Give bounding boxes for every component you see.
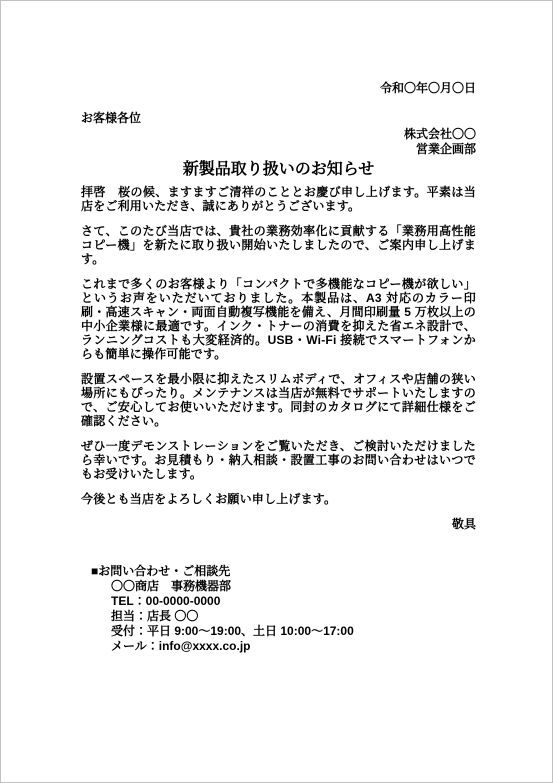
- contact-line-shop-name: 〇〇商店 事務機器部: [111, 579, 476, 594]
- contact-line-person-in-charge: 担当：店長 〇〇: [111, 609, 476, 624]
- body-paragraph-product-features: これまで多くのお客様より「コンパクトで多機能なコピー機が欲しい」というお声をいた…: [81, 277, 476, 361]
- sender-company: 株式会社〇〇: [81, 127, 476, 142]
- body-paragraph-regards: 今後とも当店をよろしくお願い申し上げます。: [81, 492, 476, 506]
- letter-page: 令和〇年〇月〇日 お客様各位 株式会社〇〇 営業企画部 新製品取り扱いのお知らせ…: [0, 0, 553, 783]
- letter-recipient: お客様各位: [81, 111, 476, 125]
- contact-line-email: メール：info@xxxx.co.jp: [111, 639, 476, 654]
- body-paragraph-invitation: ぜひ一度デモンストレーションをご覧いただき、ご検討いただけましたら幸いです。お見…: [81, 439, 476, 481]
- body-paragraph-support: 設置スペースを最小限に抑えたスリムボディで、オフィスや店舗の狭い場所にもぴったり…: [81, 372, 476, 428]
- closing-keigu: 敬具: [81, 517, 476, 531]
- letter-title: 新製品取り扱いのお知らせ: [81, 160, 476, 179]
- body-paragraph-greeting: 拝啓 桜の候、ますますご清祥のこととお慶び申し上げます。平素は当店をご利用いただ…: [81, 185, 476, 213]
- letter-date: 令和〇年〇月〇日: [81, 81, 476, 95]
- contact-section: ■お問い合わせ・ご相談先 〇〇商店 事務機器部 TEL：00-0000-0000…: [81, 564, 476, 654]
- contact-line-reception-hours: 受付：平日 9:00～19:00、土日 10:00～17:00: [111, 624, 476, 639]
- contact-heading: ■お問い合わせ・ご相談先: [91, 564, 476, 579]
- body-paragraph-announcement: さて、このたび当店では、貴社の業務効率化に貢献する「業務用高性能コピー機」を新た…: [81, 224, 476, 266]
- sender-department: 営業企画部: [81, 142, 476, 157]
- contact-line-tel: TEL：00-0000-0000: [111, 594, 476, 609]
- sender-block: 株式会社〇〇 営業企画部: [81, 127, 476, 157]
